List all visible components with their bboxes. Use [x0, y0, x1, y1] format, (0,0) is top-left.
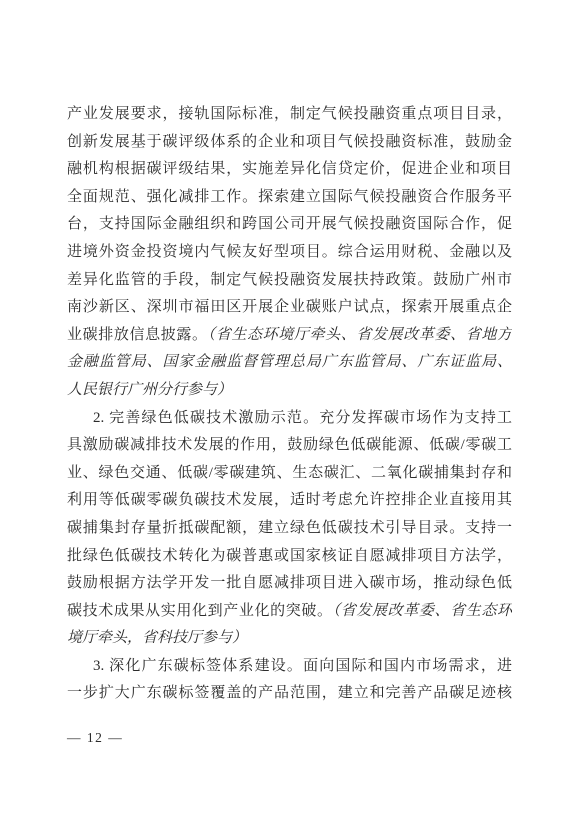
text-segment: 业碳排放信息披露。 — [67, 327, 208, 343]
document-page: 产业发展要求，接轨国际标准，制定气候投融资重点项目目录，创新发展基于碳评级体系的… — [0, 0, 578, 818]
text-segment: 批绿色低碳技术转化为碳普惠或国家核证自愿减排项目方法学， — [67, 548, 512, 564]
text-segment: （省发展改革委、省生态环 — [333, 603, 512, 619]
text-line: 业碳排放信息披露。（省生态环境厅牵头、省发展改革委、省地方 — [67, 322, 512, 350]
text-segment: 台，支持国际金融组织和跨国公司开展气候投融资国际合作，促 — [67, 216, 512, 232]
text-segment: 一步扩大广东碳标签覆盖的产品范围，建立和完善产品碳足迹核 — [67, 685, 512, 701]
text-line: 碳技术成果从实用化到产业化的突破。（省发展改革委、省生态环 — [67, 598, 512, 626]
text-line: 差异化监管的手段，制定气候投融资发展扶持政策。鼓励广州市 — [67, 267, 512, 295]
text-segment: （省生态环境厅牵头、省发展改革委、省地方 — [208, 327, 512, 343]
text-line: 创新发展基于碳评级体系的企业和项目气候投融资标准，鼓励金 — [67, 129, 512, 157]
text-segment: 2. 完善绿色低碳技术激励示范。充分发挥碳市场作为支持工 — [93, 410, 512, 426]
text-segment: 人民银行广州分行参与） — [67, 382, 232, 398]
text-line: 一步扩大广东碳标签覆盖的产品范围，建立和完善产品碳足迹核 — [67, 680, 512, 708]
text-line: 批绿色低碳技术转化为碳普惠或国家核证自愿减排项目方法学， — [67, 543, 512, 571]
text-segment: 境厅牵头，省科技厅参与） — [67, 630, 247, 646]
text-segment: 金融监管局、国家金融监督管理总局广东监管局、广东证监局、 — [67, 354, 512, 370]
text-segment: 南沙新区、深圳市福田区开展企业碳账户试点，探索开展重点企 — [67, 299, 512, 315]
text-line: 进境外资金投资境内气候友好型项目。综合运用财税、金融以及 — [67, 239, 512, 267]
text-segment: 产业发展要求，接轨国际标准，制定气候投融资重点项目目录， — [67, 106, 512, 122]
text-segment: 鼓励根据方法学开发一批自愿减排项目进入碳市场，推动绿色低 — [67, 575, 512, 591]
text-line: 融机构根据碳评级结果，实施差异化信贷定价，促进企业和项目 — [67, 156, 512, 184]
page-number: — 12 — — [67, 730, 123, 746]
text-line: 境厅牵头，省科技厅参与） — [67, 625, 512, 653]
text-segment: 差异化监管的手段，制定气候投融资发展扶持政策。鼓励广州市 — [67, 272, 512, 288]
text-line: 人民银行广州分行参与） — [67, 377, 512, 405]
text-line: 南沙新区、深圳市福田区开展企业碳账户试点，探索开展重点企 — [67, 294, 512, 322]
document-body: 产业发展要求，接轨国际标准，制定气候投融资重点项目目录，创新发展基于碳评级体系的… — [67, 101, 512, 708]
text-segment: 利用等低碳零碳负碳技术发展，适时考虑允许控排企业直接用其 — [67, 492, 512, 508]
text-segment: 进境外资金投资境内气候友好型项目。综合运用财税、金融以及 — [67, 244, 512, 260]
text-line: 鼓励根据方法学开发一批自愿减排项目进入碳市场，推动绿色低 — [67, 570, 512, 598]
text-segment: 具激励碳减排技术发展的作用，鼓励绿色低碳能源、低碳/零碳工 — [67, 437, 512, 453]
text-segment: 全面规范、强化减排工作。探索建立国际气候投融资合作服务平 — [67, 189, 512, 205]
text-segment: 碳技术成果从实用化到产业化的突破。 — [67, 603, 333, 619]
text-line: 金融监管局、国家金融监督管理总局广东监管局、广东证监局、 — [67, 349, 512, 377]
text-line: 产业发展要求，接轨国际标准，制定气候投融资重点项目目录， — [67, 101, 512, 129]
text-line: 2. 完善绿色低碳技术激励示范。充分发挥碳市场作为支持工 — [67, 405, 512, 433]
text-line: 碳捕集封存量折抵碳配额，建立绿色低碳技术引导目录。支持一 — [67, 515, 512, 543]
text-segment: 业、绿色交通、低碳/零碳建筑、生态碳汇、二氧化碳捕集封存和 — [67, 465, 512, 481]
text-segment: 创新发展基于碳评级体系的企业和项目气候投融资标准，鼓励金 — [67, 134, 512, 150]
text-line: 全面规范、强化减排工作。探索建立国际气候投融资合作服务平 — [67, 184, 512, 212]
text-line: 利用等低碳零碳负碳技术发展，适时考虑允许控排企业直接用其 — [67, 487, 512, 515]
text-line: 3. 深化广东碳标签体系建设。面向国际和国内市场需求，进 — [67, 653, 512, 681]
text-line: 具激励碳减排技术发展的作用，鼓励绿色低碳能源、低碳/零碳工 — [67, 432, 512, 460]
text-line: 台，支持国际金融组织和跨国公司开展气候投融资国际合作，促 — [67, 211, 512, 239]
text-segment: 碳捕集封存量折抵碳配额，建立绿色低碳技术引导目录。支持一 — [67, 520, 512, 536]
text-segment: 融机构根据碳评级结果，实施差异化信贷定价，促进企业和项目 — [67, 161, 512, 177]
text-line: 业、绿色交通、低碳/零碳建筑、生态碳汇、二氧化碳捕集封存和 — [67, 460, 512, 488]
text-segment: 3. 深化广东碳标签体系建设。面向国际和国内市场需求，进 — [93, 658, 512, 674]
